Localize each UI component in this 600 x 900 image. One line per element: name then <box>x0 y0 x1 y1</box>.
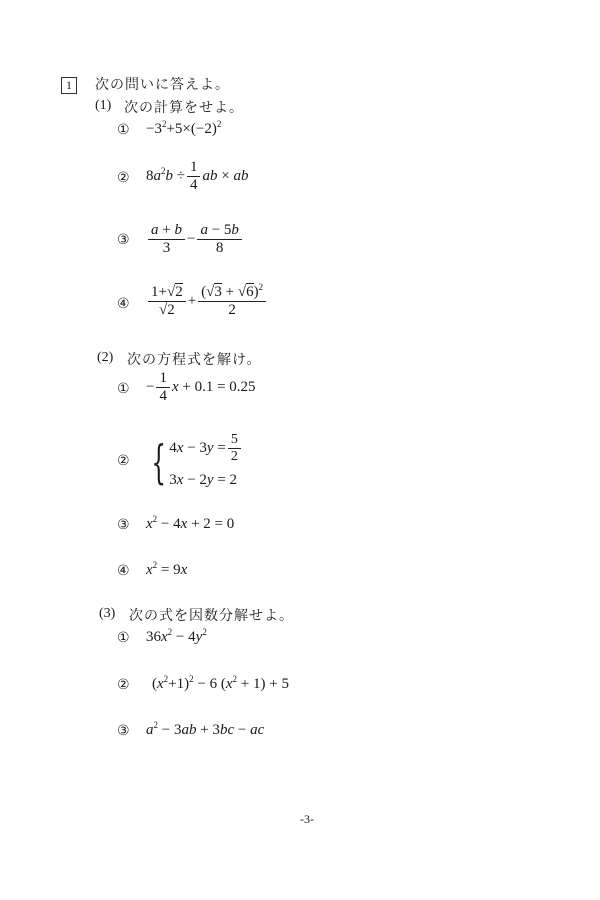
fraction: 52 <box>228 432 241 465</box>
problem-marker: ④ <box>117 563 130 579</box>
problem-marker: ② <box>117 677 130 693</box>
problem-marker: ① <box>117 630 130 646</box>
left-brace: { <box>151 439 166 485</box>
section-1-label: (1) <box>95 98 111 114</box>
problem-3-2-expression: (x2+1)2 − 6 (x2 + 1) + 5 <box>152 676 289 693</box>
problem-3-3-expression: a2 − 3ab + 3bc − ac <box>146 722 264 739</box>
problem-2-3-expression: x2 − 4x + 2 = 0 <box>146 516 234 533</box>
section-2-instruction: 次の方程式を解け。 <box>127 349 261 369</box>
problem-marker: ③ <box>117 723 130 739</box>
fraction: 14 <box>156 370 170 405</box>
question-instruction: 次の問いに答えよ。 <box>95 74 230 94</box>
fraction: (√3 + √6)22 <box>198 284 266 319</box>
problem-marker: ② <box>117 453 130 469</box>
problem-marker: ② <box>117 170 130 186</box>
problem-marker: ① <box>117 122 130 138</box>
problem-3-1-expression: 36x2 − 4y2 <box>146 629 207 646</box>
problem-1-3-expression: a + b3−a − 5b8 <box>146 222 244 257</box>
problem-marker: ③ <box>117 517 130 533</box>
fraction: a + b3 <box>148 222 185 257</box>
problem-2-1-expression: −14x + 0.1 = 0.25 <box>146 370 256 405</box>
section-3-label: (3) <box>99 606 115 622</box>
section-2-label: (2) <box>97 350 113 366</box>
problem-marker: ④ <box>117 296 130 312</box>
fraction: a − 5b8 <box>197 222 241 257</box>
section-1-instruction: 次の計算をせよ。 <box>124 97 244 117</box>
question-header: 1 <box>61 74 77 94</box>
fraction: 14 <box>187 159 201 194</box>
problem-marker: ① <box>117 381 130 397</box>
page-number: -3- <box>300 812 314 827</box>
problem-1-2-expression: 8a2b ÷14ab × ab <box>146 159 248 194</box>
section-3-instruction: 次の式を因数分解せよ。 <box>129 605 294 625</box>
problem-2-2-system: { 4x − 3y =52 3x − 2y = 2 <box>144 432 243 491</box>
fraction: 1+√2√2 <box>148 284 186 319</box>
problem-1-4-expression: 1+√2√2+(√3 + √6)22 <box>146 284 268 319</box>
problem-2-4-expression: x2 = 9x <box>146 562 187 579</box>
question-number-box: 1 <box>61 77 77 94</box>
problem-marker: ③ <box>117 232 130 248</box>
problem-1-1-expression: −32+5×(−2)2 <box>146 121 221 138</box>
